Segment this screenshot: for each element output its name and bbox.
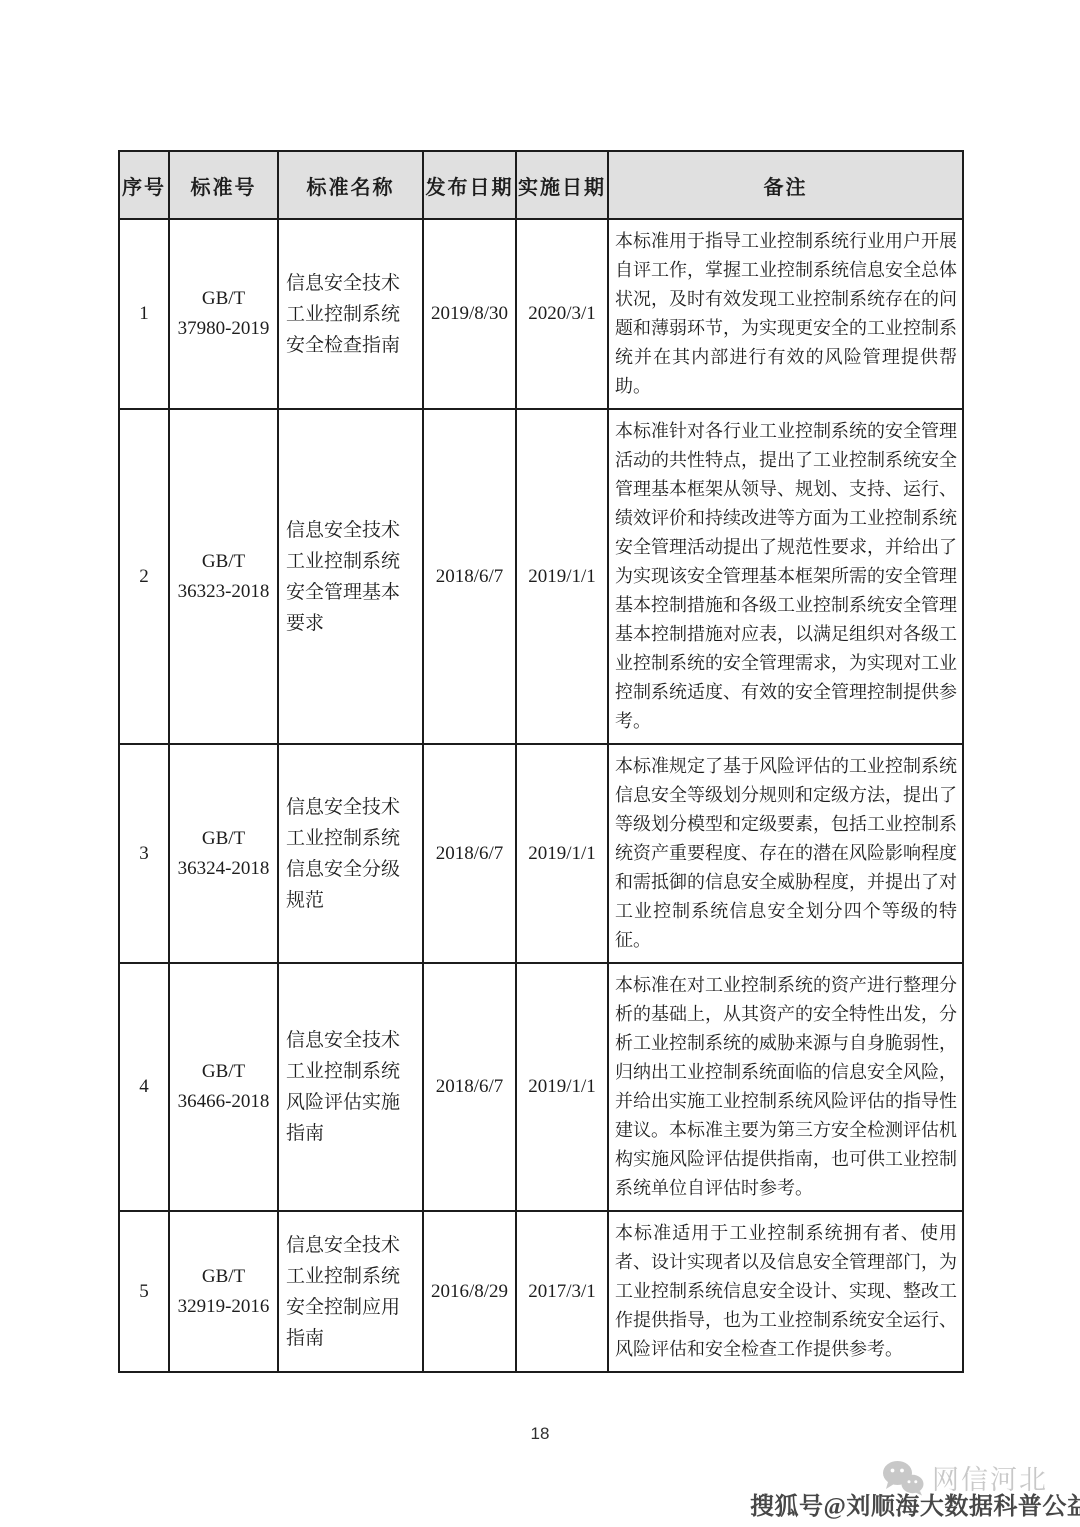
standard-number-cell: GB/T 36323-2018 xyxy=(169,409,278,744)
implement-date-cell: 2019/1/1 xyxy=(516,744,608,963)
header-implement-date: 实施日期 xyxy=(516,151,608,219)
page-number: 18 xyxy=(0,1424,1080,1444)
table-row: 5GB/T 32919-2016信息安全技术 工业控制系统安全控制应用指南201… xyxy=(119,1211,963,1372)
implement-date-cell: 2017/3/1 xyxy=(516,1211,608,1372)
sohu-watermark: 搜狐号@刘顺海大数据科普公益 xyxy=(750,1486,1080,1521)
table-row: 1GB/T 37980-2019信息安全技术 工业控制系统安全检查指南2019/… xyxy=(119,219,963,409)
row-index-cell: 4 xyxy=(119,963,169,1211)
header-publish-date: 发布日期 xyxy=(423,151,516,219)
header-remark: 备注 xyxy=(608,151,963,219)
implement-date-cell: 2019/1/1 xyxy=(516,409,608,744)
table-row: 2GB/T 36323-2018信息安全技术 工业控制系统安全管理基本要求201… xyxy=(119,409,963,744)
table-row: 3GB/T 36324-2018信息安全技术 工业控制系统信息安全分级规范201… xyxy=(119,744,963,963)
header-standard-name: 标准名称 xyxy=(278,151,423,219)
row-index-cell: 5 xyxy=(119,1211,169,1372)
standards-table: 序号 标准号 标准名称 发布日期 实施日期 备注 1GB/T 37980-201… xyxy=(118,150,964,1373)
standard-number-cell: GB/T 37980-2019 xyxy=(169,219,278,409)
table-header-row: 序号 标准号 标准名称 发布日期 实施日期 备注 xyxy=(119,151,963,219)
standard-name-cell: 信息安全技术 工业控制系统风险评估实施指南 xyxy=(278,963,423,1211)
standard-name-cell: 信息安全技术 工业控制系统安全控制应用指南 xyxy=(278,1211,423,1372)
standard-number-cell: GB/T 36324-2018 xyxy=(169,744,278,963)
standard-number-cell: GB/T 32919-2016 xyxy=(169,1211,278,1372)
row-index-cell: 1 xyxy=(119,219,169,409)
standard-name-cell: 信息安全技术 工业控制系统安全管理基本要求 xyxy=(278,409,423,744)
publish-date-cell: 2018/6/7 xyxy=(423,963,516,1211)
standard-name-cell: 信息安全技术 工业控制系统信息安全分级规范 xyxy=(278,744,423,963)
implement-date-cell: 2019/1/1 xyxy=(516,963,608,1211)
header-index: 序号 xyxy=(119,151,169,219)
remark-cell: 本标准用于指导工业控制系统行业用户开展自评工作，掌握工业控制系统信息安全总体状况… xyxy=(608,219,963,409)
row-index-cell: 3 xyxy=(119,744,169,963)
publish-date-cell: 2018/6/7 xyxy=(423,409,516,744)
publish-date-cell: 2018/6/7 xyxy=(423,744,516,963)
implement-date-cell: 2020/3/1 xyxy=(516,219,608,409)
standard-number-cell: GB/T 36466-2018 xyxy=(169,963,278,1211)
remark-cell: 本标准在对工业控制系统的资产进行整理分析的基础上，从其资产的安全特性出发，分析工… xyxy=(608,963,963,1211)
document-page: 序号 标准号 标准名称 发布日期 实施日期 备注 1GB/T 37980-201… xyxy=(0,0,1080,1527)
publish-date-cell: 2019/8/30 xyxy=(423,219,516,409)
header-standard-no: 标准号 xyxy=(169,151,278,219)
remark-cell: 本标准适用于工业控制系统拥有者、使用者、设计实现者以及信息安全管理部门，为工业控… xyxy=(608,1211,963,1372)
standard-name-cell: 信息安全技术 工业控制系统安全检查指南 xyxy=(278,219,423,409)
publish-date-cell: 2016/8/29 xyxy=(423,1211,516,1372)
row-index-cell: 2 xyxy=(119,409,169,744)
remark-cell: 本标准规定了基于风险评估的工业控制系统信息安全等级划分规则和定级方法，提出了等级… xyxy=(608,744,963,963)
table-row: 4GB/T 36466-2018信息安全技术 工业控制系统风险评估实施指南201… xyxy=(119,963,963,1211)
remark-cell: 本标准针对各行业工业控制系统的安全管理活动的共性特点，提出了工业控制系统安全管理… xyxy=(608,409,963,744)
